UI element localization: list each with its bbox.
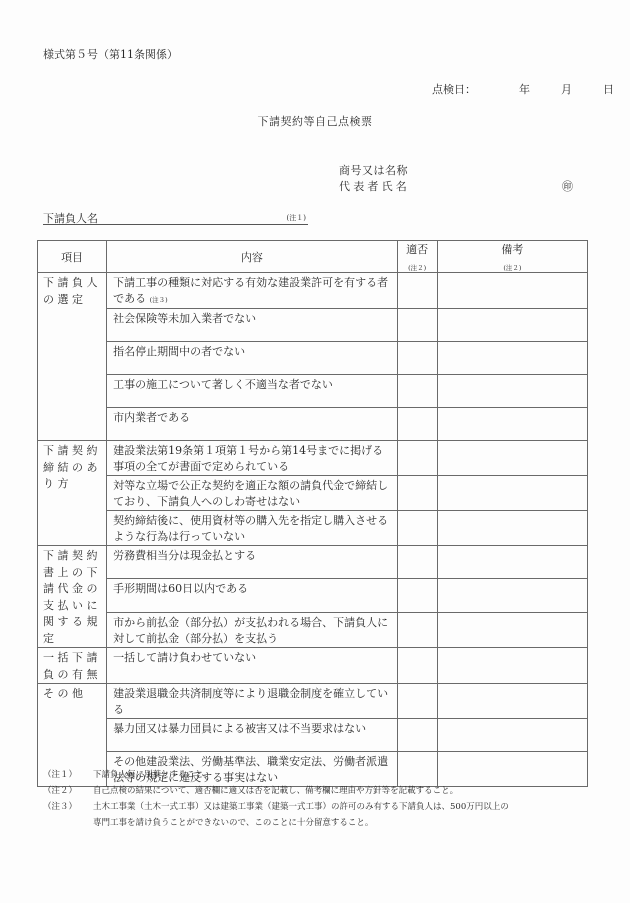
header-suitability-note: (注２) [398,263,437,272]
suitability-cell[interactable] [397,684,437,719]
suitability-cell[interactable] [397,441,437,476]
content-cell: 暴力団又は暴力団員による被害又は不当要求はない [107,719,398,752]
remarks-cell[interactable] [437,546,587,579]
content-cell: 市内業者である [107,408,398,441]
remarks-cell[interactable] [437,684,587,719]
item-cell: 下請負人の選定 [38,273,107,441]
remarks-cell[interactable] [437,273,587,309]
item-cell: 下請契約書上の下請代金の支払いに関する規定 [38,546,107,648]
table-row: 社会保険等未加入業者でない [38,309,588,342]
suitability-cell[interactable] [397,579,437,612]
suitability-cell[interactable] [397,648,437,684]
header-suitability-label: 適否 [406,243,428,256]
table-row: 下請契約締結のあり方 建設業法第19条第１項第１号から第14号までに掲げる事項の… [38,441,588,476]
header-content: 内容 [107,241,398,273]
footnote-2: （注２） 自己点検の結果について、適否欄に適又は否を記載し、備考欄に理由や方針等… [43,783,593,799]
table-row: 手形期間は60日以内である [38,579,588,612]
remarks-cell[interactable] [437,375,587,408]
suitability-cell[interactable] [397,719,437,752]
suitability-cell[interactable] [397,375,437,408]
table-row: その他 建設業退職金共済制度等により退職金制度を確立している [38,684,588,719]
table-row: 下請契約書上の下請代金の支払いに関する規定 労務費相当分は現金払とする [38,546,588,579]
representative-name-label: 代表者氏名 [339,178,410,194]
suitability-cell[interactable] [397,309,437,342]
content-cell: 工事の施工について著しく不適当な者でない [107,375,398,408]
suitability-cell[interactable] [397,342,437,375]
year-label: 年 [519,81,530,97]
subcontractor-name-label: 下請負人名 [43,212,98,225]
header-remarks-label: 備考 [501,243,523,256]
suitability-cell[interactable] [397,612,437,647]
content-note: (注３) [150,296,168,304]
content-cell: 社会保険等未加入業者でない [107,309,398,342]
table-row: 暴力団又は暴力団員による被害又は不当要求はない [38,719,588,752]
item-cell: 一括下請負の有無 [38,648,107,684]
table-row: 下請負人の選定 下請工事の種類に対応する有効な建設業許可を有する者である (注３… [38,273,588,309]
content-cell: 指名停止期間中の者でない [107,342,398,375]
table-row: 一括下請負の有無 一括して請け負わせていない [38,648,588,684]
self-check-table: 項目 内容 適否 (注２) 備考 (注２) 下請負人の選定 下請工事の種類に対応… [37,240,588,787]
content-cell: 手形期間は60日以内である [107,579,398,612]
item-cell: 下請契約締結のあり方 [38,441,107,546]
remarks-cell[interactable] [437,648,587,684]
remarks-cell[interactable] [437,719,587,752]
document-title: 下請契約等自己点検票 [0,113,630,129]
table-header-row: 項目 内容 適否 (注２) 備考 (注２) [38,241,588,273]
footnote-text: 土木工事業（土木一式工事）又は建築工事業（建築一式工事）の許可のみ有する下請負人… [93,799,513,831]
content-cell: 労務費相当分は現金払とする [107,546,398,579]
inspection-date-label: 点検日： [432,81,476,97]
remarks-cell[interactable] [437,476,587,511]
content-cell: 対等な立場で公正な契約を適正な額の請負代金で締結しており、下請負人へのしわ寄せは… [107,476,398,511]
remarks-cell[interactable] [437,441,587,476]
table-row: 市内業者である [38,408,588,441]
remarks-cell[interactable] [437,511,587,546]
content-cell: 市から前払金（部分払）が支払われる場合、下請負人に対して前払金（部分払）を支払う [107,612,398,647]
table-row: 工事の施工について著しく不適当な者でない [38,375,588,408]
table-row: 対等な立場で公正な契約を適正な額の請負代金で締結しており、下請負人へのしわ寄せは… [38,476,588,511]
suitability-cell[interactable] [397,546,437,579]
header-remarks-note: (注２) [438,263,587,272]
day-label: 日 [603,81,614,97]
content-cell: 一括して請け負わせていない [107,648,398,684]
header-remarks: 備考 (注２) [437,241,587,273]
suitability-cell[interactable] [397,408,437,441]
table-row: 指名停止期間中の者でない [38,342,588,375]
suitability-cell[interactable] [397,511,437,546]
content-cell: 下請工事の種類に対応する有効な建設業許可を有する者である (注３) [107,273,398,309]
footnote-label: （注３） [43,799,93,831]
suitability-cell[interactable] [397,273,437,309]
remarks-cell[interactable] [437,579,587,612]
footnote-label: （注１） [43,767,93,783]
subcontractor-name-field[interactable]: 下請負人名 (注１) [43,210,308,225]
inspection-date: 点検日： 年 月 日 [432,81,614,97]
remarks-cell[interactable] [437,309,587,342]
content-cell: 建設業法第19条第１項第１号から第14号までに掲げる事項の全てが書面で定められて… [107,441,398,476]
subcontractor-note: (注１) [287,213,306,223]
suitability-cell[interactable] [397,476,437,511]
footnotes: （注１） 下請負人毎に別葉とすること。 （注２） 自己点検の結果について、適否欄… [43,767,593,831]
remarks-cell[interactable] [437,342,587,375]
table-row: 契約締結後に、使用資材等の購入先を指定し購入させるような行為は行っていない [38,511,588,546]
content-cell: 建設業退職金共済制度等により退職金制度を確立している [107,684,398,719]
header-suitability: 適否 (注２) [397,241,437,273]
form-number: 様式第５号（第11条関係） [43,46,178,62]
month-label: 月 [561,81,572,97]
content-cell: 契約締結後に、使用資材等の購入先を指定し購入させるような行為は行っていない [107,511,398,546]
remarks-cell[interactable] [437,408,587,441]
footnote-1: （注１） 下請負人毎に別葉とすること。 [43,767,593,783]
table-row: 市から前払金（部分払）が支払われる場合、下請負人に対して前払金（部分払）を支払う [38,612,588,647]
footnote-text: 自己点検の結果について、適否欄に適又は否を記載し、備考欄に理由や方針等を記載する… [93,783,593,799]
footnote-3: （注３） 土木工事業（土木一式工事）又は建築工事業（建築一式工事）の許可のみ有す… [43,799,593,831]
remarks-cell[interactable] [437,612,587,647]
header-item: 項目 [38,241,107,273]
footnote-text: 下請負人毎に別葉とすること。 [93,767,593,783]
footnote-label: （注２） [43,783,93,799]
company-name-label: 商号又は名称 [339,162,408,178]
seal-icon: ㊞ [562,178,573,194]
